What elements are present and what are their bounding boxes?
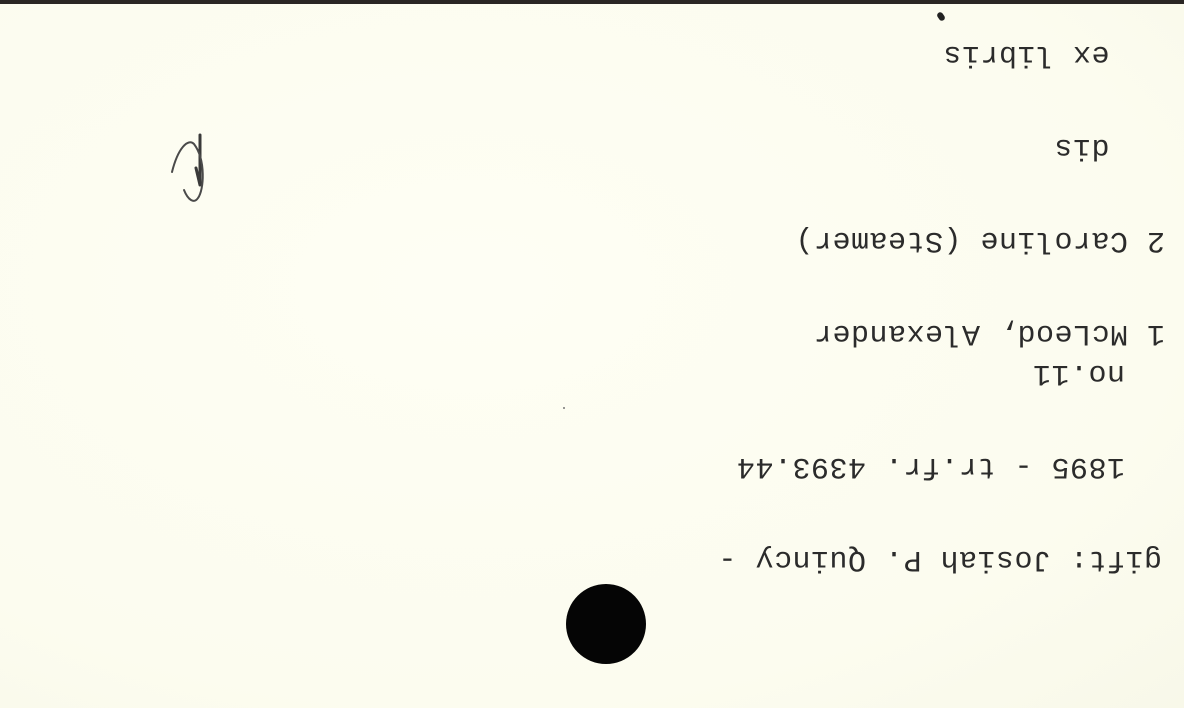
gift-line-2: 1895 - tr.fr. 4393.44 [718,450,1162,481]
entry-line-4: ex libris [795,38,1165,69]
handwritten-mark [160,130,210,215]
gift-line-3: no.11 [718,357,1162,388]
entry-line-3: dis [795,131,1165,162]
ink-speck [563,407,565,409]
gift-text: gift: Josiah P. Quincy - 1895 - tr.fr. 4… [718,295,1162,636]
punch-hole [566,584,646,664]
gift-block: gift: Josiah P. Quincy - 1895 - tr.fr. 4… [582,534,1162,644]
entry-line-2: 2 Caroline (Steamer) [795,224,1165,255]
gift-line-1: gift: Josiah P. Quincy - [718,543,1162,574]
